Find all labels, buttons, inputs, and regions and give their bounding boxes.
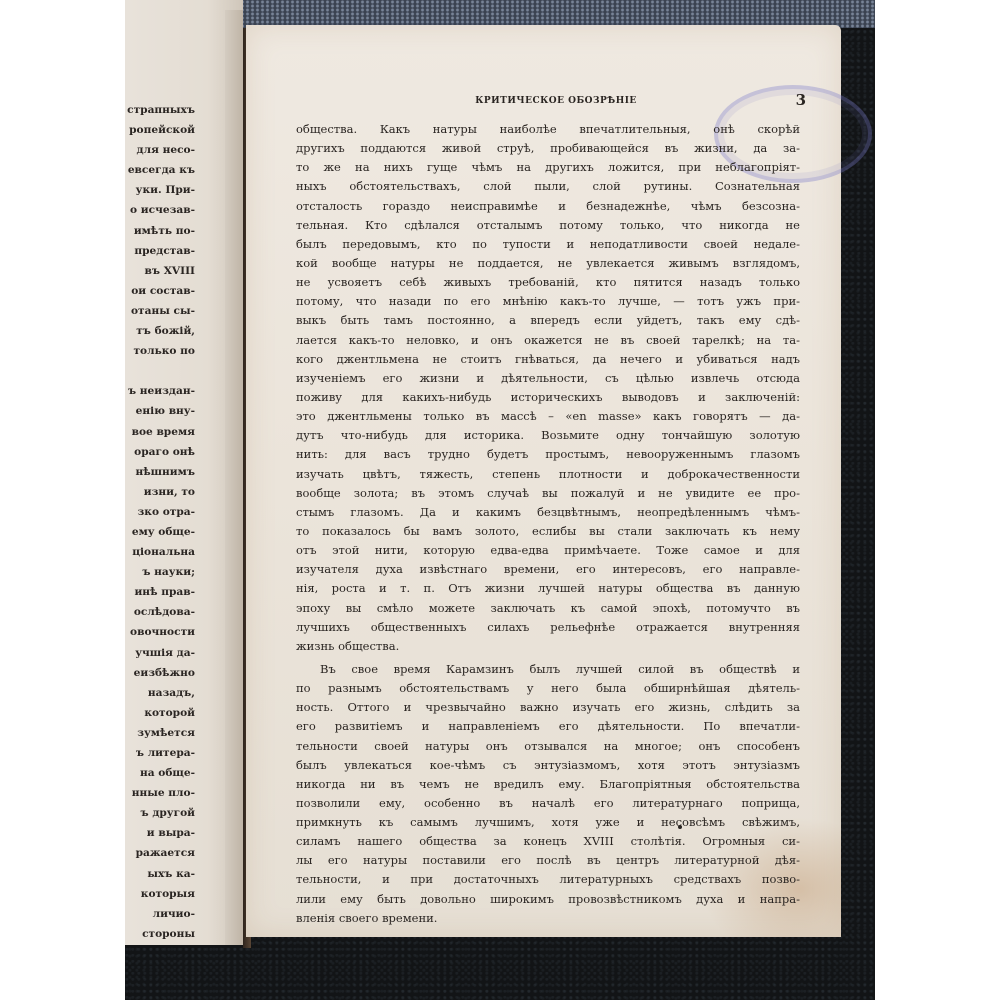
left-page: страпныхъропейскойдля несо-евсегда къуки… <box>125 0 243 945</box>
left-page-line: ъ науки; <box>125 562 195 582</box>
text-line: изучателя духа извѣстнаго времени, его и… <box>296 560 800 579</box>
left-page-line: еизбѣжно <box>125 663 195 683</box>
left-page-line: инѣ прав- <box>125 582 195 602</box>
left-page-line: только по <box>125 341 195 361</box>
text-line: его развитіемъ и направленіемъ его дѣяте… <box>296 717 800 736</box>
left-page-line: учшія да- <box>125 643 195 663</box>
left-page-line: и выра- <box>125 823 195 843</box>
text-line: лучшихъ общественныхъ силахъ рельефнѣе о… <box>296 618 800 637</box>
text-line: потому, что назади по его мнѣнію какъ-то… <box>296 292 800 311</box>
left-page-line: страпныхъ <box>125 100 195 120</box>
page-number: 3 <box>796 91 806 109</box>
text-line: вленія своего времени. <box>296 909 800 928</box>
left-page-line: которыя <box>125 884 195 904</box>
left-page-line: о исчезав- <box>125 200 195 220</box>
left-page-line: ропейской <box>125 120 195 140</box>
page-body-text: общества. Какъ натуры наиболѣе впечатлит… <box>296 120 800 928</box>
text-line: нія, роста и т. п. Отъ жизни лучшей нату… <box>296 579 800 598</box>
left-page-line: для несо- <box>125 140 195 160</box>
text-line: кой вообще натуры не поддается, не увлек… <box>296 254 800 273</box>
left-page-line: ему обще- <box>125 522 195 542</box>
text-line: то показалось бы вамъ золото, еслибы вы … <box>296 522 800 541</box>
left-page-line: представ- <box>125 241 195 261</box>
text-line: тельная. Кто сдѣлался отсталымъ потому т… <box>296 216 800 235</box>
left-page-line: тъ божій, <box>125 321 195 341</box>
left-page-line <box>125 361 195 381</box>
left-page-line: овочности <box>125 622 195 642</box>
text-line: поживу для какихъ-нибудь историческихъ в… <box>296 388 800 407</box>
left-page-line: личио- <box>125 904 195 924</box>
text-line: отъ этой нити, которую едва-едва примѣча… <box>296 541 800 560</box>
left-page-line: изни, то <box>125 482 195 502</box>
book-photo: страпныхъропейскойдля несо-евсегда къуки… <box>125 0 875 1000</box>
left-page-line: назадъ, <box>125 683 195 703</box>
text-line: стымъ глазомъ. Да и какимъ безцвѣтнымъ, … <box>296 503 800 522</box>
text-line: кого джентльмена не стоитъ гнѣваться, да… <box>296 350 800 369</box>
text-line: лы его натуры поставили его послѣ въ цен… <box>296 851 800 870</box>
text-line: никогда ни въ чемъ не вредилъ ему. Благо… <box>296 775 800 794</box>
left-page-line: которой <box>125 703 195 723</box>
text-line: силамъ нашего общества за конецъ XVIII с… <box>296 832 800 851</box>
text-line: эпоху вы смѣло можете заключать къ самой… <box>296 599 800 618</box>
left-page-line: енію вну- <box>125 401 195 421</box>
left-page-line: вое время <box>125 422 195 442</box>
left-page-line: евсегда къ <box>125 160 195 180</box>
text-line: общества. Какъ натуры наиболѣе впечатлит… <box>296 120 800 139</box>
left-page-line: въ XVIII <box>125 261 195 281</box>
left-page-line: ослѣдова- <box>125 602 195 622</box>
left-page-line: отаны сы- <box>125 301 195 321</box>
left-page-line: ораго онѣ <box>125 442 195 462</box>
text-line: не усвояетъ себѣ живыхъ требованій, кто … <box>296 273 800 292</box>
left-page-text: страпныхъропейскойдля несо-евсегда къуки… <box>125 100 195 944</box>
text-line: нить: для васъ трудно будетъ простымъ, н… <box>296 445 800 464</box>
fabric-background <box>235 0 875 28</box>
text-line: дутъ что-нибудь для историка. Возьмите о… <box>296 426 800 445</box>
right-page: КРИТИЧЕСКОЕ ОБОЗРѢНІЕ 3 общества. Какъ н… <box>246 25 841 937</box>
running-title: КРИТИЧЕСКОЕ ОБОЗРѢНІЕ <box>306 96 806 106</box>
text-line: лается какъ-то неловко, и онъ окажется н… <box>296 331 800 350</box>
text-line: вообще золота; въ этомъ случаѣ вы пожалу… <box>296 484 800 503</box>
text-line: примкнуть къ самымъ лучшимъ, хотя уже и … <box>296 813 800 832</box>
text-line: Въ свое время Карамзинъ былъ лучшей сило… <box>296 660 800 679</box>
text-line: позволили ему, особенно въ началѣ его ли… <box>296 794 800 813</box>
ink-dot <box>678 825 682 829</box>
left-page-line: ъ литера- <box>125 743 195 763</box>
text-line: изученіемъ его жизни и дѣятельности, съ … <box>296 369 800 388</box>
text-line: это джентльмены только въ массѣ – «en ma… <box>296 407 800 426</box>
left-page-line: ыхъ ка- <box>125 864 195 884</box>
text-line: другихъ поддаются живой струѣ, пробивающ… <box>296 139 800 158</box>
text-line: то же на нихъ гуще чѣмъ на другихъ ложит… <box>296 158 800 177</box>
text-line: былъ передовымъ, кто по тупости и непода… <box>296 235 800 254</box>
text-line: жизнь общества. <box>296 637 800 656</box>
page-header: КРИТИЧЕСКОЕ ОБОЗРѢНІЕ 3 <box>306 93 806 111</box>
text-line: отсталость гораздо неисправимѣе и безнад… <box>296 197 800 216</box>
left-page-line: ои состав- <box>125 281 195 301</box>
left-page-line: на обще- <box>125 763 195 783</box>
left-page-line: ражается <box>125 843 195 863</box>
text-line: тельности, и при достаточныхъ литературн… <box>296 870 800 889</box>
left-page-line: зумѣется <box>125 723 195 743</box>
left-page-edge <box>225 10 243 945</box>
text-line: тельности своей натуры онъ отзывался на … <box>296 737 800 756</box>
text-line: ныхъ обстоятельствахъ, слой пыли, слой р… <box>296 177 800 196</box>
text-line: былъ увлекаться кое-чѣмъ съ энтузіазмомъ… <box>296 756 800 775</box>
text-line: лили ему быть довольно широкимъ провозвѣ… <box>296 890 800 909</box>
left-page-line: зко отра- <box>125 502 195 522</box>
text-line: ность. Оттого и чрезвычайно важно изучат… <box>296 698 800 717</box>
text-line: выкъ быть тамъ постоянно, а впередъ если… <box>296 311 800 330</box>
left-page-line: стороны <box>125 924 195 944</box>
left-page-line: уки. При- <box>125 180 195 200</box>
left-page-line: нные пло- <box>125 783 195 803</box>
left-page-line: имѣть по- <box>125 221 195 241</box>
left-page-line: нѣшнимъ <box>125 462 195 482</box>
left-page-line: ціональна <box>125 542 195 562</box>
text-line: по разнымъ обстоятельствамъ у него была … <box>296 679 800 698</box>
left-page-line: ъ неиздан- <box>125 381 195 401</box>
left-page-line: ъ другой <box>125 803 195 823</box>
text-line: изучать цвѣтъ, тяжесть, степень плотност… <box>296 465 800 484</box>
